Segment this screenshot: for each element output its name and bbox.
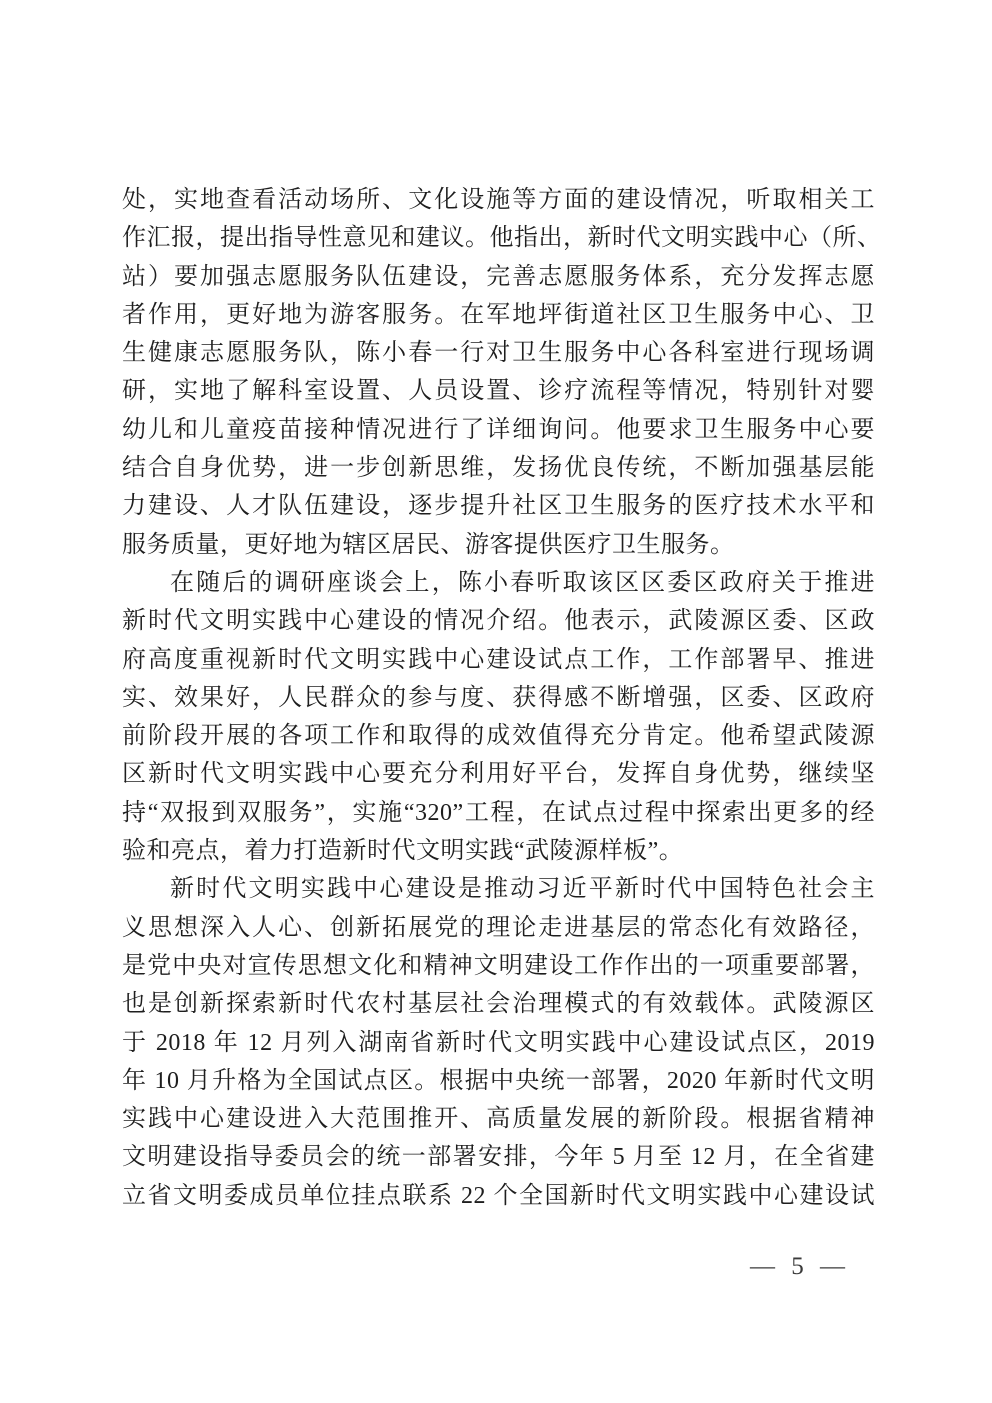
document-body: 处，实地查看活动场所、文化设施等方面的建设情况，听取相关工作汇报，提出指导性意见… (122, 181, 875, 1215)
text-line: 前阶段开展的各项工作和取得的成效值得充分肯定。他希望武陵源 (122, 717, 875, 755)
text-line: 研，实地了解科室设置、人员设置、诊疗流程等情况，特别针对婴 (122, 372, 875, 410)
text-line: 年 10 月升格为全国试点区。根据中央统一部署，2020 年新时代文明 (122, 1062, 875, 1100)
text-line: 力建设、人才队伍建设，逐步提升社区卫生服务的医疗技术水平和 (122, 487, 875, 525)
text-line: 府高度重视新时代文明实践中心建设试点工作，工作部署早、推进 (122, 641, 875, 679)
text-line: 结合自身优势，进一步创新思维，发扬优良传统，不断加强基层能 (122, 449, 875, 487)
text-line: 生健康志愿服务队，陈小春一行对卫生服务中心各科室进行现场调 (122, 334, 875, 372)
text-line: 新时代文明实践中心建设的情况介绍。他表示，武陵源区委、区政 (122, 602, 875, 640)
text-line: 也是创新探索新时代农村基层社会治理模式的有效载体。武陵源区 (122, 985, 875, 1023)
text-line: 处，实地查看活动场所、文化设施等方面的建设情况，听取相关工 (122, 181, 875, 219)
text-line: 实践中心建设进入大范围推开、高质量发展的新阶段。根据省精神 (122, 1100, 875, 1138)
text-line: 新时代文明实践中心建设是推动习近平新时代中国特色社会主 (122, 870, 875, 908)
text-line: 验和亮点，着力打造新时代文明实践“武陵源样板”。 (122, 832, 875, 870)
text-line: 立省文明委成员单位挂点联系 22 个全国新时代文明实践中心建设试 (122, 1177, 875, 1215)
text-line: 服务质量，更好地为辖区居民、游客提供医疗卫生服务。 (122, 526, 875, 564)
text-line: 作汇报，提出指导性意见和建议。他指出，新时代文明实践中心（所、 (122, 219, 875, 257)
text-line: 者作用，更好地为游客服务。在军地坪街道社区卫生服务中心、卫 (122, 296, 875, 334)
text-line: 持“双报到双服务”，实施“320”工程，在试点过程中探索出更多的经 (122, 794, 875, 832)
text-line: 区新时代文明实践中心要充分利用好平台，发挥自身优势，继续坚 (122, 755, 875, 793)
text-line: 幼儿和儿童疫苗接种情况进行了详细询问。他要求卫生服务中心要 (122, 411, 875, 449)
text-line: 在随后的调研座谈会上，陈小春听取该区区委区政府关于推进 (122, 564, 875, 602)
text-line: 文明建设指导委员会的统一部署安排，今年 5 月至 12 月，在全省建 (122, 1138, 875, 1176)
page-number: — 5 — (710, 1253, 890, 1281)
text-line: 是党中央对宣传思想文化和精神文明建设工作作出的一项重要部署， (122, 947, 875, 985)
text-line: 站）要加强志愿服务队伍建设，完善志愿服务体系，充分发挥志愿 (122, 258, 875, 296)
document-page: 处，实地查看活动场所、文化设施等方面的建设情况，听取相关工作汇报，提出指导性意见… (0, 0, 992, 1403)
text-line: 义思想深入人心、创新拓展党的理论走进基层的常态化有效路径， (122, 909, 875, 947)
text-line: 于 2018 年 12 月列入湖南省新时代文明实践中心建设试点区，2019 (122, 1024, 875, 1062)
text-line: 实、效果好，人民群众的参与度、获得感不断增强，区委、区政府 (122, 679, 875, 717)
